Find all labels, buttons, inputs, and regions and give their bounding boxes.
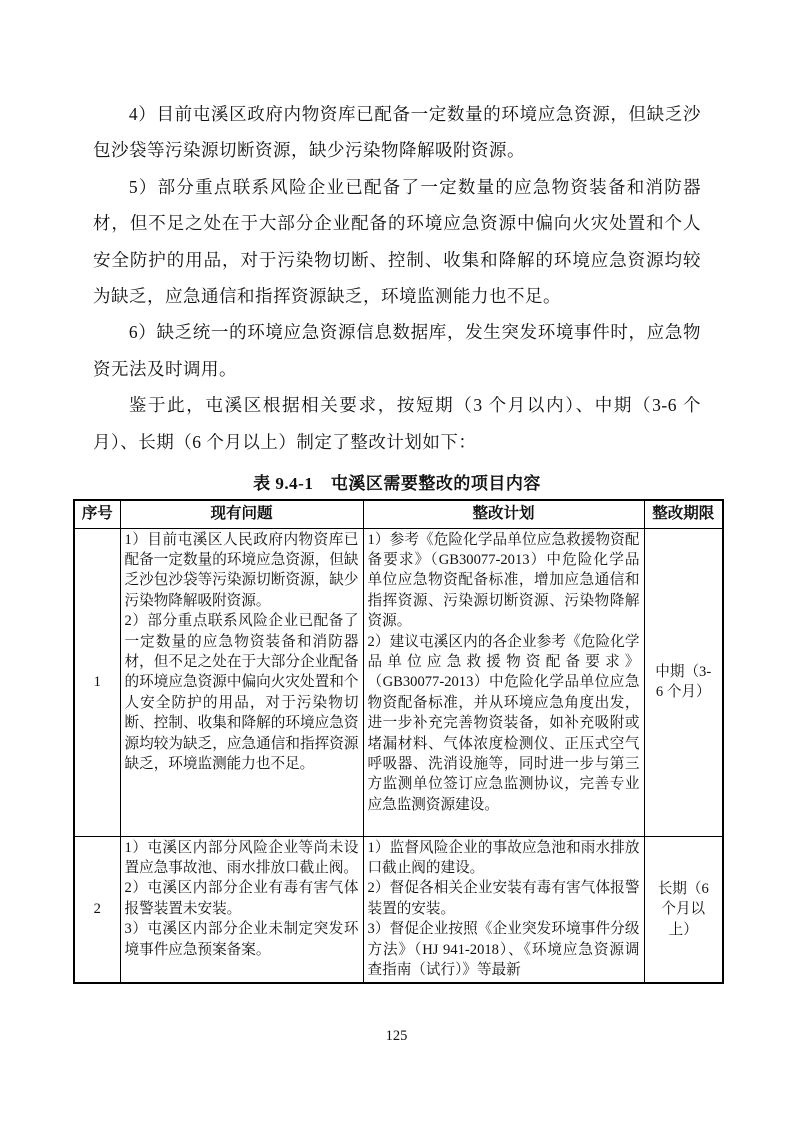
deadline-text: 长期（6 个月以上） xyxy=(652,879,714,940)
paragraph-item-6: 6）缺乏统一的环境应急资源信息数据库，发生突发环境事件时，应急物资无法及时调用。 xyxy=(93,314,701,387)
paragraph-item-5: 5）部分重点联系风险企业已配备了一定数量的应急物资装备和消防器材，但不足之处在于… xyxy=(93,169,701,315)
header-existing-problems: 现有问题 xyxy=(120,500,363,528)
page-number: 125 xyxy=(0,1028,793,1045)
deadline-cell: 中期（3-6 个月） xyxy=(644,528,723,836)
deadline-cell: 长期（6 个月以上） xyxy=(644,836,723,983)
problem-item: 2）屯溪区内部分企业有毒有害气体报警装置未安装。 xyxy=(125,878,359,919)
table-row: 2 1）屯溪区内部分风险企业等尚未设置应急事故池、雨水排放口截止阀。 2）屯溪区… xyxy=(74,836,723,983)
deadline-text: 中期（3-6 个月） xyxy=(652,662,714,703)
plan-item: 2）督促各相关企业安装有毒有害气体报警装置的安装。 xyxy=(368,878,640,919)
header-deadline: 整改期限 xyxy=(644,500,723,528)
problems-cell: 1）目前屯溪区人民政府内物资库已配备一定数量的环境应急资源，但缺乏沙包沙袋等污染… xyxy=(120,528,363,836)
problem-item: 1）目前屯溪区人民政府内物资库已配备一定数量的环境应急资源，但缺乏沙包沙袋等污染… xyxy=(125,530,359,612)
problem-item: 3）屯溪区内部分企业未制定突发环境事件应急预案备案。 xyxy=(125,919,359,960)
seq-cell: 1 xyxy=(74,528,120,836)
table-row: 1 1）目前屯溪区人民政府内物资库已配备一定数量的环境应急资源，但缺乏沙包沙袋等… xyxy=(74,528,723,836)
header-rectification-plan: 整改计划 xyxy=(363,500,644,528)
seq-cell: 2 xyxy=(74,836,120,983)
rectification-table: 序号 现有问题 整改计划 整改期限 1 1）目前屯溪区人民政府内物资库已配备一定… xyxy=(73,499,724,984)
table-title: 表 9.4-1 屯溪区需要整改的项目内容 xyxy=(72,469,722,494)
document-page: 4）目前屯溪区政府内物资库已配备一定数量的环境应急资源，但缺乏沙包沙袋等污染源切… xyxy=(0,0,793,1122)
problems-cell: 1）屯溪区内部分风险企业等尚未设置应急事故池、雨水排放口截止阀。 2）屯溪区内部… xyxy=(120,836,363,983)
plan-item: 1）参考《危险化学品单位应急救援物资配备要求》（GB30077-2013）中危险… xyxy=(368,530,640,632)
body-text: 4）目前屯溪区政府内物资库已配备一定数量的环境应急资源，但缺乏沙包沙袋等污染源切… xyxy=(93,96,701,460)
problem-item: 2）部分重点联系风险企业已配备了一定数量的应急物资装备和消防器材，但不足之处在于… xyxy=(125,611,359,774)
table-header-row: 序号 现有问题 整改计划 整改期限 xyxy=(74,500,723,528)
plans-cell: 1）监督风险企业的事故应急池和雨水排放口截止阀的建设。 2）督促各相关企业安装有… xyxy=(363,836,644,983)
problem-item: 1）屯溪区内部分风险企业等尚未设置应急事故池、雨水排放口截止阀。 xyxy=(125,838,359,879)
plans-cell: 1）参考《危险化学品单位应急救援物资配备要求》（GB30077-2013）中危险… xyxy=(363,528,644,836)
paragraph-item-4: 4）目前屯溪区政府内物资库已配备一定数量的环境应急资源，但缺乏沙包沙袋等污染源切… xyxy=(93,96,701,169)
plan-item: 2）建议屯溪区内的各企业参考《危险化学品单位应急救援物资配备要求》（GB3007… xyxy=(368,632,640,816)
plan-item: 1）监督风险企业的事故应急池和雨水排放口截止阀的建设。 xyxy=(368,838,640,879)
paragraph-conclusion: 鉴于此，屯溪区根据相关要求，按短期（3 个月以内）、中期（3-6 个月）、长期（… xyxy=(93,387,701,460)
header-seq: 序号 xyxy=(74,500,120,528)
plan-item: 3）督促企业按照《企业突发环境事件分级方法》（HJ 941-2018）、《环境应… xyxy=(368,919,640,980)
